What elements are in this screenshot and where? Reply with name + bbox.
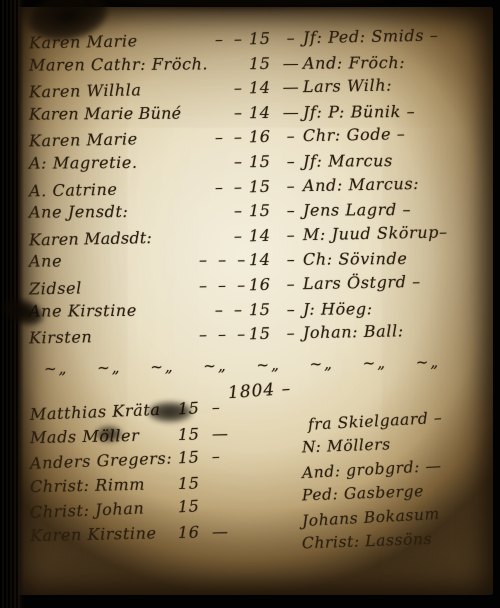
- entry-name: Karen Madsdt:: [29, 227, 199, 249]
- entry-dashes: –: [199, 201, 249, 220]
- entry-sponsor: Jf: P: Bünik –: [303, 101, 491, 121]
- bottom-left-entries: Matthias Kräta15– Mads Möller15— Anders …: [30, 401, 232, 548]
- bottom-entry: Karen Kirstine16—: [30, 521, 232, 550]
- entry-dash: –: [211, 446, 232, 466]
- entry-dashes: – –: [199, 128, 249, 148]
- ink-blot: [148, 402, 192, 422]
- entry-dashes: – –: [199, 29, 249, 49]
- entry-dash: —: [279, 53, 303, 72]
- entry-dash: [212, 510, 232, 511]
- manuscript-page: Karen Marie– –15–Jf: Ped: Smids – Maren …: [16, 7, 493, 595]
- entry-age: 15: [249, 299, 279, 318]
- entry-name: Christ: Rimm: [30, 474, 178, 496]
- entry-age: 14: [249, 225, 279, 245]
- entry-name: Karen Marie: [29, 129, 199, 151]
- entry-dashes: –: [199, 226, 249, 246]
- entry-sponsor: M: Juud Skörup–: [303, 221, 491, 244]
- entry-dash: —: [279, 77, 303, 96]
- entry-dashes: – – –: [199, 250, 249, 269]
- entry-dash: –: [279, 274, 303, 293]
- entry-age: 15: [177, 447, 212, 467]
- entry-name: Karen Kirstine: [30, 523, 178, 545]
- entry-dashes: –: [199, 103, 249, 122]
- manuscript-scan: Karen Marie– –15–Jf: Ped: Smids – Maren …: [0, 0, 500, 608]
- entry-name: Ane Kirstine: [29, 300, 199, 320]
- entry-dash: —: [212, 423, 232, 442]
- entry-name: A: Magretie.: [29, 152, 199, 172]
- entry-age: 15: [178, 473, 212, 493]
- entry-sponsor: Lars Östgrd –: [303, 271, 491, 294]
- entry-age: 15: [249, 152, 279, 171]
- entry-dash: –: [279, 250, 303, 269]
- entry-name: Ane: [29, 251, 199, 271]
- entry-age: 14: [249, 250, 279, 269]
- entry-dashes: –: [199, 152, 249, 171]
- entry-sponsor: And: Marcus:: [303, 172, 491, 195]
- entry-sponsor: Jf: Marcus: [303, 150, 491, 170]
- entry-sponsor: J: Höeg:: [303, 298, 491, 318]
- entry-name: Karen Marie Büné: [29, 103, 199, 123]
- entry-name: Maren Cathr: Fröch.: [29, 54, 199, 74]
- entry-dash: –: [279, 127, 303, 146]
- entry-name: Zidsel: [29, 276, 199, 298]
- entry-age: 16: [178, 522, 212, 542]
- entry-sponsor: Ch: Sövinde: [303, 249, 491, 269]
- entry-age: 15: [249, 53, 279, 72]
- entry-name: Kirsten: [29, 325, 199, 347]
- entry-dash: –: [279, 28, 303, 47]
- register-entries: Karen Marie– –15–Jf: Ped: Smids – Maren …: [29, 29, 491, 349]
- year-heading: 1804 –: [227, 379, 291, 403]
- entry-dashes: – – –: [199, 275, 249, 295]
- entry-age: 14: [249, 103, 279, 122]
- entry-dashes: –: [199, 78, 249, 98]
- bottom-right-entries: fra Skielgaard – N: Möllers And: grobgrd…: [302, 411, 497, 555]
- entry-sponsor: Jf: Ped: Smids –: [303, 25, 491, 48]
- entry-dash: –: [279, 323, 303, 342]
- entry-age: 14: [249, 78, 279, 98]
- entry-dashes: – – –: [199, 324, 249, 344]
- entry-age: 15: [249, 201, 279, 220]
- entry-age: 15: [178, 424, 212, 444]
- entry-dashes: – –: [199, 177, 249, 197]
- entry-age: 16: [249, 275, 279, 295]
- entry-age: 15: [249, 176, 279, 196]
- entry-dash: –: [279, 152, 303, 171]
- entry-name: Karen Wilhla: [29, 79, 199, 101]
- entry-age: 15: [249, 29, 279, 49]
- entry-dash: –: [279, 299, 303, 318]
- ink-blot: [96, 426, 122, 442]
- entry-dash: —: [212, 521, 232, 540]
- entry-dash: –: [279, 176, 303, 195]
- entry-sponsor: And: Fröch:: [303, 52, 491, 72]
- entry-age: 15: [249, 324, 279, 344]
- entry-name: A. Catrine: [29, 178, 199, 200]
- entry-age: 16: [249, 127, 279, 147]
- entry-name: Ane Jensdt:: [29, 202, 199, 222]
- entry-dash: –: [279, 201, 303, 220]
- ditto-marks-row: ~„ ~„ ~„ ~„ ~„ ~„ ~„ ~„: [44, 352, 481, 378]
- entry-dash: –: [279, 225, 303, 244]
- entry-sponsor: Jens Lagrd –: [303, 200, 491, 220]
- entry-dash: –: [211, 397, 232, 417]
- entry-dash: —: [279, 102, 303, 121]
- entry-age: 15: [177, 496, 212, 516]
- entry-sponsor: Lars Wilh:: [303, 74, 491, 97]
- entry-sponsor: Johan: Ball:: [303, 320, 491, 343]
- entry-sponsor: Chr: Gode –: [303, 123, 491, 146]
- entry-dashes: – –: [199, 300, 249, 319]
